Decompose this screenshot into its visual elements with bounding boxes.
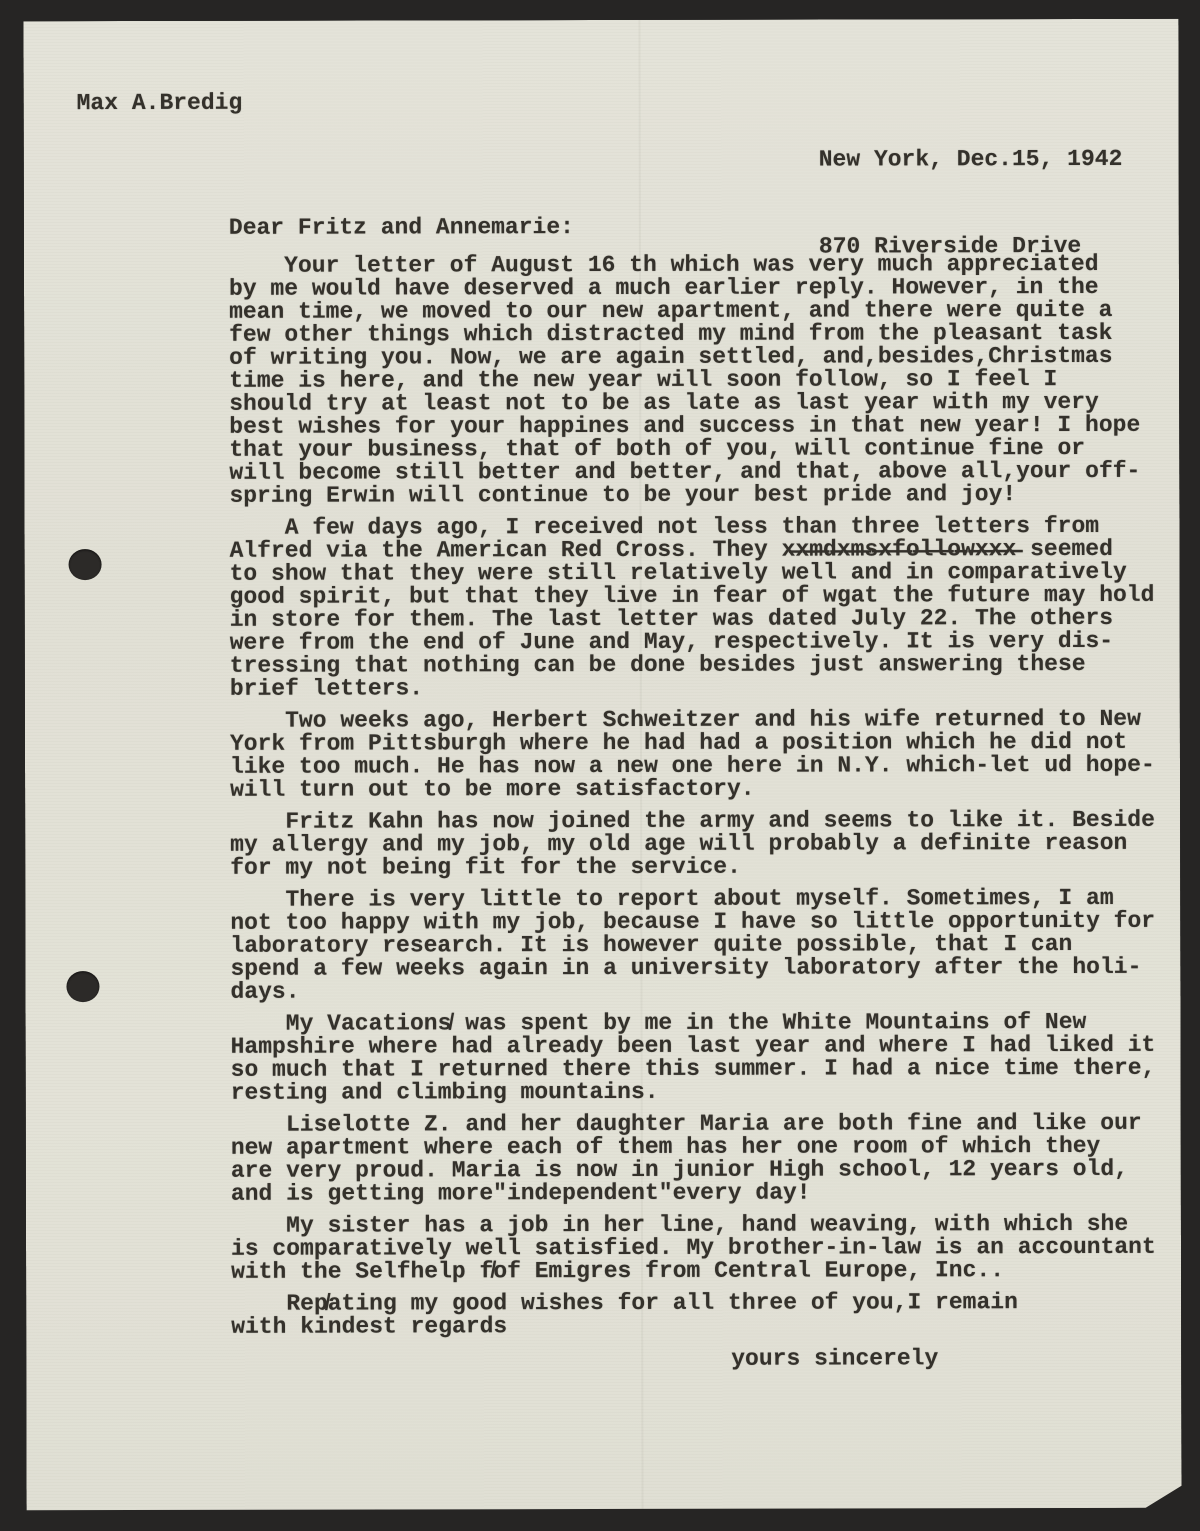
- paragraph: Fritz Kahn has now joined the army and s…: [230, 809, 1182, 880]
- paragraph: There is very little to report about mys…: [230, 887, 1182, 1004]
- closing-signature: yours sincerely: [731, 1347, 1183, 1371]
- paragraph: My sister has a job in her line, hand we…: [231, 1213, 1183, 1284]
- paragraph: My Vacations̸ was spent by me in the Whi…: [231, 1011, 1183, 1105]
- paragraph: A few days ago, I received not less than…: [229, 515, 1181, 701]
- paragraphs: Your letter of August 16 th which was ve…: [229, 253, 1183, 1339]
- letter-paper: Max A.Bredig New York, Dec.15, 1942 870 …: [23, 19, 1181, 1510]
- hole-punch-top: [69, 549, 102, 580]
- paragraph: Two weeks ago, Herbert Schweitzer and hi…: [230, 708, 1182, 802]
- hole-punch-bottom: [66, 971, 99, 1002]
- paragraph: Liselotte Z. and her daughter Maria are …: [231, 1112, 1183, 1206]
- letter-body: Dear Fritz and Annemarie: Your letter of…: [229, 215, 1183, 1372]
- paragraph: Your letter of August 16 th which was ve…: [229, 253, 1182, 508]
- date-line: New York, Dec.15, 1942: [819, 145, 1123, 175]
- paragraph: Rep̸ating my good wishes for all three o…: [231, 1291, 1183, 1339]
- salutation: Dear Fritz and Annemarie:: [229, 215, 1181, 240]
- sender-name: Max A.Bredig: [77, 89, 243, 117]
- scanned-letter: Max A.Bredig New York, Dec.15, 1942 870 …: [0, 0, 1200, 1531]
